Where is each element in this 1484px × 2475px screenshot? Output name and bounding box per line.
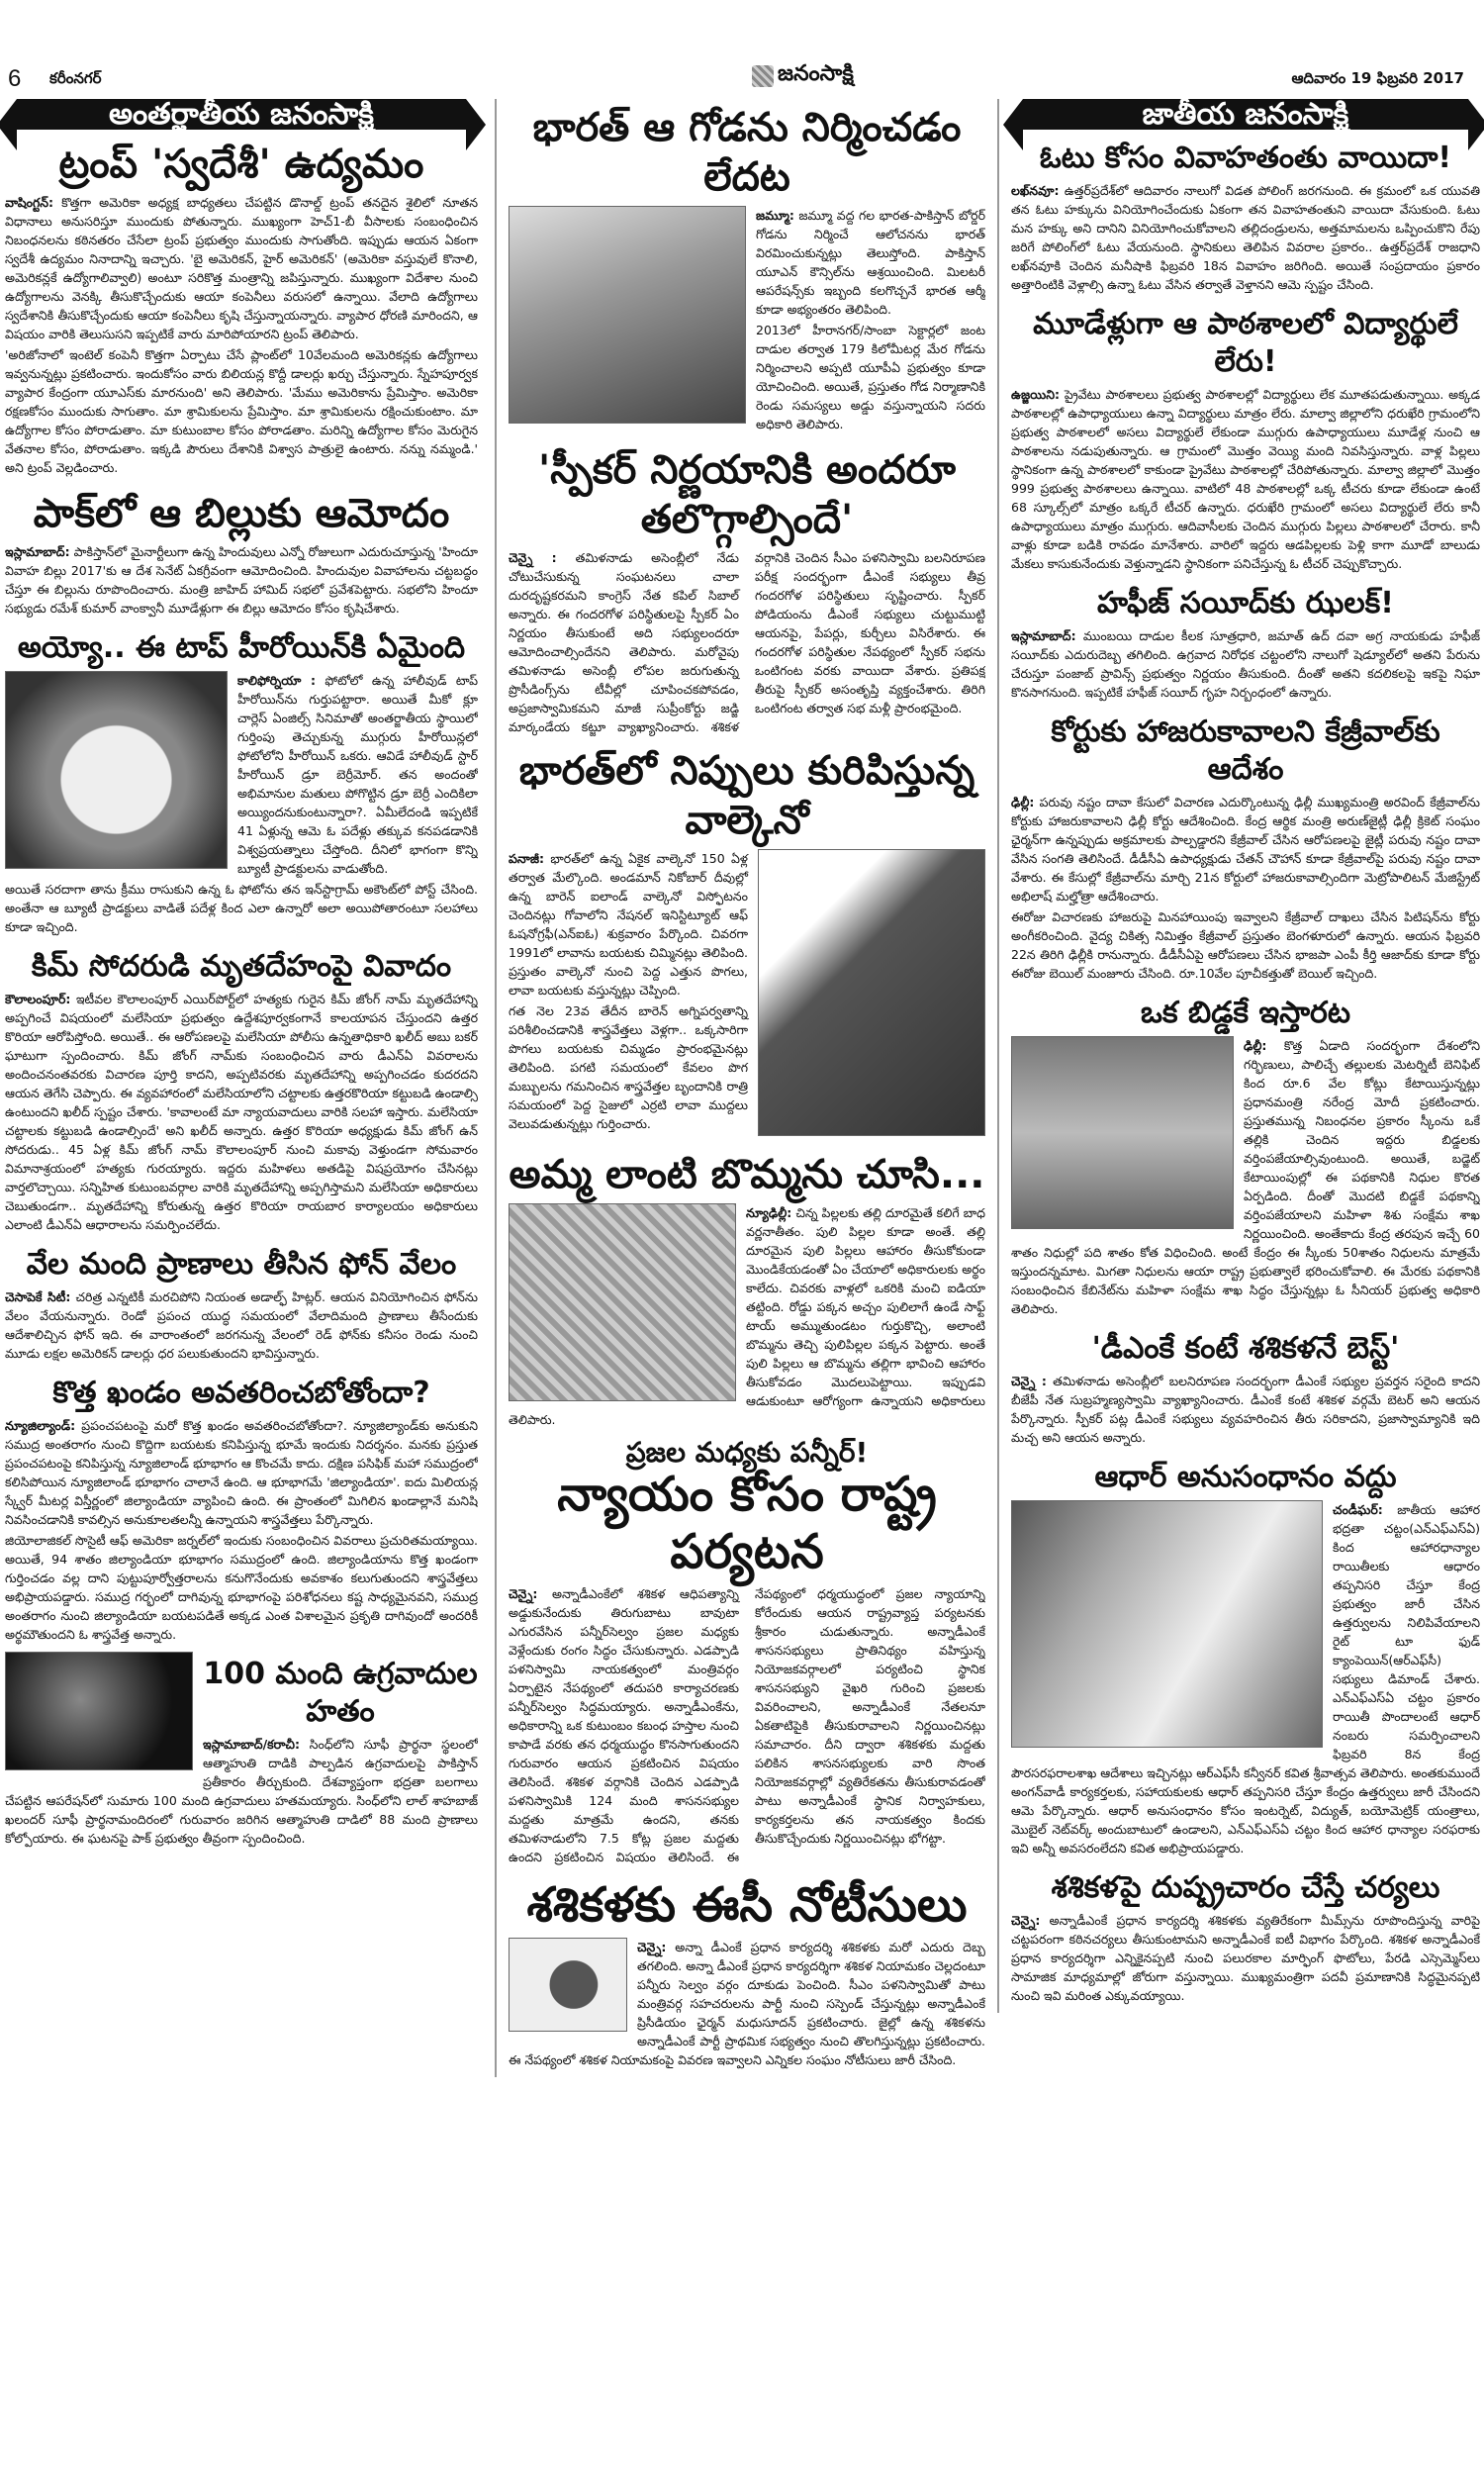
body-text: చరిత్ర ఎన్నటికీ మరచిపోని నియంత అడాల్ఫ్ హ…: [5, 1289, 478, 1361]
article-phone-auction: వేల మంది ప్రాణాలు తీసిన ఫోన్ వేలం చెసాపె…: [5, 1242, 478, 1365]
dateline: చెన్నై:: [1011, 1913, 1040, 1928]
article-vote-wedding: ఓటు కోసం వివాహతంతు వాయిదా! లఖ్‌నవూ: ఉత్త…: [1011, 136, 1480, 296]
body-text: కొత్తగా అమెరికా అధ్యక్ష బాధ్యతలు చేపట్టి…: [5, 195, 478, 341]
article-volcano: భారత్‌లో నిప్పులు కురిపిస్తున్న వాల్కెనో…: [509, 742, 985, 1140]
headline: ఆధార్ అనుసంధానం వద్దు: [1011, 1459, 1480, 1496]
body-text: పాకిస్తాన్‌లో మైనార్టీలుగా ఉన్న హిందువుల…: [5, 544, 478, 616]
headline: అమ్మ లాంటి బొమ్మను చూసి...: [509, 1150, 985, 1199]
article-militants-killed: 100 మంది ఉగ్రవాదుల హతం ఇస్లామాబాద్/కరాచీ…: [5, 1652, 478, 1850]
body-text: తమిళనాడు అసెంబ్లీలో నేడు చోటుచేసుకున్న స…: [509, 550, 985, 734]
fingerprint-photo: [1011, 1500, 1323, 1748]
dateline: చెన్నై :: [509, 550, 557, 565]
article-maternity: ఒక బిడ్డకే ఇస్తారట ఢిల్లీ: కొత్త ఏడాది స…: [1011, 991, 1480, 1320]
article-panneer: ప్రజల మధ్యకు పన్నీర్! న్యాయం కోసం రాష్ట్…: [509, 1437, 985, 1866]
actress-photo: [5, 671, 228, 869]
dateline: న్యూఢిల్లీ:: [746, 1205, 791, 1220]
body-text: జియోలాజికల్ సొసైటీ ఆఫ్ అమెరికా జర్నల్‌లో…: [5, 1531, 478, 1644]
body-text: అన్నాడీఎంకేలో శశికళ ఆధిపత్యాన్ని అడ్డుకు…: [509, 1586, 985, 1864]
dateline: జమ్మూ:: [756, 208, 794, 223]
headline: కోర్టుకు హాజరుకావాలని కేజ్రీవాల్‌కు ఆదేశ…: [1011, 714, 1480, 789]
dateline: కాలిఫోర్నియా :: [237, 673, 316, 688]
body-text: ప్రపంచపటంపై మరో కొత్త ఖండం అవతరించబోతోంద…: [5, 1418, 478, 1527]
dateline: పనాజీ:: [509, 851, 544, 866]
headline: శశికళపై దుష్ప్రచారం చేస్తే చర్యలు: [1011, 1869, 1480, 1907]
headline: వేల మంది ప్రాణాలు తీసిన ఫోన్ వేలం: [5, 1246, 478, 1284]
sasikala-photo: [509, 1938, 627, 2032]
article-new-continent: కొత్త ఖండం అవతరించబోతోందా? న్యూజిల్యాండ్…: [5, 1371, 478, 1646]
dateline: చెసాపెకే సిటీ:: [5, 1289, 70, 1304]
body-text: భారత్‌లో ఉన్న ఏకైక వాల్కెనో 150 ఏళ్ల తర్…: [509, 851, 748, 998]
body-text: ప్రైవేటు పాఠశాలలు ప్రభుత్వ పాఠశాలల్లో వి…: [1011, 387, 1480, 571]
body-text: తమిళనాడు అసెంబ్లీలో బలనిరూపణ సందర్భంగా డ…: [1011, 1374, 1480, 1445]
headline: 'డీఎంకే కంటే శశికళనే బెస్ట్': [1011, 1330, 1480, 1368]
attack-photo: [5, 1652, 193, 1770]
dateline: ఇస్లామాబాద్:: [5, 544, 70, 559]
body-text: ఇటీవల కౌలాలంపూర్ ఎయిర్‌పోర్ట్‌లో హత్యకు …: [5, 992, 478, 1232]
article-tiger-toy: అమ్మ లాంటి బొమ్మను చూసి... న్యూఢిల్లీ: చ…: [509, 1146, 985, 1431]
body-text: ఉత్తర్‌ప్రదేశ్‌లో ఆదివారం నాలుగో విడత పో…: [1011, 183, 1480, 292]
article-trump: ట్రంప్ 'స్వదేశీ' ఉద్యమం వాషింగ్టన్: కొత్…: [5, 136, 478, 479]
article-school-no-students: మూడేళ్లుగా ఆ పాఠశాలలో విద్యార్థులే లేరు!…: [1011, 302, 1480, 575]
headline: ట్రంప్ 'స్వదేశీ' ఉద్యమం: [5, 140, 478, 189]
body-text: అయితే సరదాగా తాను క్రీము రాసుకుని ఉన్న ఓ…: [5, 880, 478, 936]
article-border-wall: భారత్ ఆ గోడను నిర్మించడం లేదట జమ్మూ: జమ్…: [509, 99, 985, 435]
headline: హఫీజ్ సయీద్‌కు ఝలక్!: [1011, 585, 1480, 622]
headline: ఒక బిడ్డకే ఇస్తారట: [1011, 995, 1480, 1032]
headline: మూడేళ్లుగా ఆ పాఠశాలలో విద్యార్థులే లేరు!: [1011, 306, 1480, 381]
body-text: అన్నాడీఎంకే ప్రధాన కార్యదర్శి శశికళకు వ్…: [1011, 1913, 1480, 2003]
body-text: 'అరిజోనాలో ఇంటెల్ కంపెనీ కొత్తగా ఏర్పాటు…: [5, 345, 478, 477]
article-kejriwal: కోర్టుకు హాజరుకావాలని కేజ్రీవాల్‌కు ఆదేశ…: [1011, 710, 1480, 985]
edition-name: కరీంనగర్: [49, 69, 102, 91]
mother-child-photo: [1011, 1036, 1234, 1229]
dateline: ఢిల్లీ:: [1011, 795, 1034, 809]
dateline: చెన్నై :: [1011, 1374, 1047, 1388]
dateline: చెన్నై:: [637, 1940, 666, 1954]
article-heroine: అయ్యో.. ఈ టాప్ హీరోయిన్‌కి ఏమైంది కాలిఫో…: [5, 625, 478, 938]
kicker: ప్రజల మధ్యకు పన్నీర్!: [509, 1443, 985, 1462]
newspaper-logo: జనంసాక్షి: [752, 61, 854, 91]
middle-section: భారత్ ఆ గోడను నిర్మించడం లేదట జమ్మూ: జమ్…: [495, 99, 985, 2077]
national-section: జాతీయ జనంసాక్షి ఓటు కోసం వివాహతంతు వాయిద…: [997, 99, 1480, 2013]
body-text: ఫోటోలో ఉన్న హాలీవుడ్ టాప్ హీరోయిన్‌ను గు…: [237, 673, 478, 876]
article-aadhaar: ఆధార్ అనుసంధానం వద్దు చండీఘర్: జాతీయ ఆహా…: [1011, 1455, 1480, 1859]
headline: ఓటు కోసం వివాహతంతు వాయిదా!: [1011, 140, 1480, 177]
article-speaker: 'స్పీకర్ నిర్ణయానికి అందరూ తలొగ్గాల్సింద…: [509, 441, 985, 736]
body-text: జమ్మూ వద్ద గల భారత-పాకిస్తాన్ బోర్డర్ గో…: [756, 208, 985, 317]
headline: న్యాయం కోసం రాష్ట్ర పర్యటన: [509, 1466, 985, 1580]
international-section: అంతర్జాతీయ జనంసాక్షి ట్రంప్ 'స్వదేశీ' ఉద…: [5, 99, 478, 1856]
headline: భారత్ ఆ గోడను నిర్మించడం లేదట: [509, 103, 985, 202]
dateline: వాషింగ్టన్:: [5, 195, 53, 210]
logo-text: జనంసాక్షి: [778, 61, 854, 91]
article-ec-notice: శశికళకు ఈసీ నోటీసులు చెన్నై: అన్నా డీఎంక…: [509, 1872, 985, 2071]
dateline: కౌలాలంపూర్:: [5, 992, 70, 1006]
logo-emblem-icon: [752, 65, 774, 87]
headline: 'స్పీకర్ నిర్ణయానికి అందరూ తలొగ్గాల్సింద…: [509, 445, 985, 544]
section-banner-national: జాతీయ జనంసాక్షి: [1023, 99, 1468, 130]
article-hafiz-saeed: హఫీజ్ సయీద్‌కు ఝలక్! ఇస్లామాబాద్: ముంబయి…: [1011, 581, 1480, 704]
dateline: లఖ్‌నవూ:: [1011, 183, 1059, 198]
dateline: చండీఘర్:: [1333, 1502, 1383, 1517]
body-text: ఈరోజు విచారణకు హాజరుపై మినహాయింపు ఇవ్వాల…: [1011, 907, 1480, 983]
article-pak-bill: పాక్‌లో ఆ బిల్లుకు ఆమోదం ఇస్లామాబాద్: పా…: [5, 485, 478, 619]
page-number: 6: [8, 65, 21, 93]
dateline: ఇస్లామాబాద్:: [1011, 628, 1076, 643]
dateline: ఉజ్జయిని:: [1011, 387, 1060, 402]
headline: అయ్యో.. ఈ టాప్ హీరోయిన్‌కి ఏమైంది: [5, 629, 478, 667]
article-dmk-sasikala: 'డీఎంకే కంటే శశికళనే బెస్ట్' చెన్నై : తమ…: [1011, 1326, 1480, 1449]
dateline: ఢిల్లీ:: [1244, 1038, 1266, 1053]
issue-date: ఆదివారం 19 ఫిబ్రవరి 2017: [1291, 69, 1464, 91]
section-banner-international: అంతర్జాతీయ జనంసాక్షి: [17, 99, 466, 130]
masthead: 6 కరీంనగర్ జనంసాక్షి ఆదివారం 19 ఫిబ్రవరి…: [0, 0, 1484, 99]
dateline: న్యూజిల్యాండ్:: [5, 1418, 75, 1433]
headline: భారత్‌లో నిప్పులు కురిపిస్తున్న వాల్కెనో: [509, 746, 985, 845]
dateline: చెన్నై:: [509, 1586, 537, 1601]
tiger-cubs-photo: [509, 1203, 736, 1401]
body-text: పరువు నష్టం దావా కేసులో విచారణ ఎదుర్కొంట…: [1011, 795, 1480, 904]
headline: శశికళకు ఈసీ నోటీసులు: [509, 1876, 985, 1934]
body-text: ముంబయి దాడుల కీలక సూత్రధారి, జమాత్ ఉద్ ద…: [1011, 628, 1480, 700]
headline: కిమ్ సోదరుడి మృతదేహంపై వివాదం: [5, 948, 478, 986]
volcano-photo: [758, 849, 985, 1136]
dateline: ఇస్లామాబాద్/కరాచీ:: [203, 1737, 300, 1752]
article-kim: కిమ్ సోదరుడి మృతదేహంపై వివాదం కౌలాలంపూర్…: [5, 944, 478, 1236]
headline: కొత్త ఖండం అవతరించబోతోందా?: [5, 1375, 478, 1412]
article-sasikala-memes: శశికళపై దుష్ప్రచారం చేస్తే చర్యలు చెన్నై…: [1011, 1865, 1480, 2007]
headline: పాక్‌లో ఆ బిల్లుకు ఆమోదం: [5, 489, 478, 538]
soldier-photo: [509, 206, 746, 424]
